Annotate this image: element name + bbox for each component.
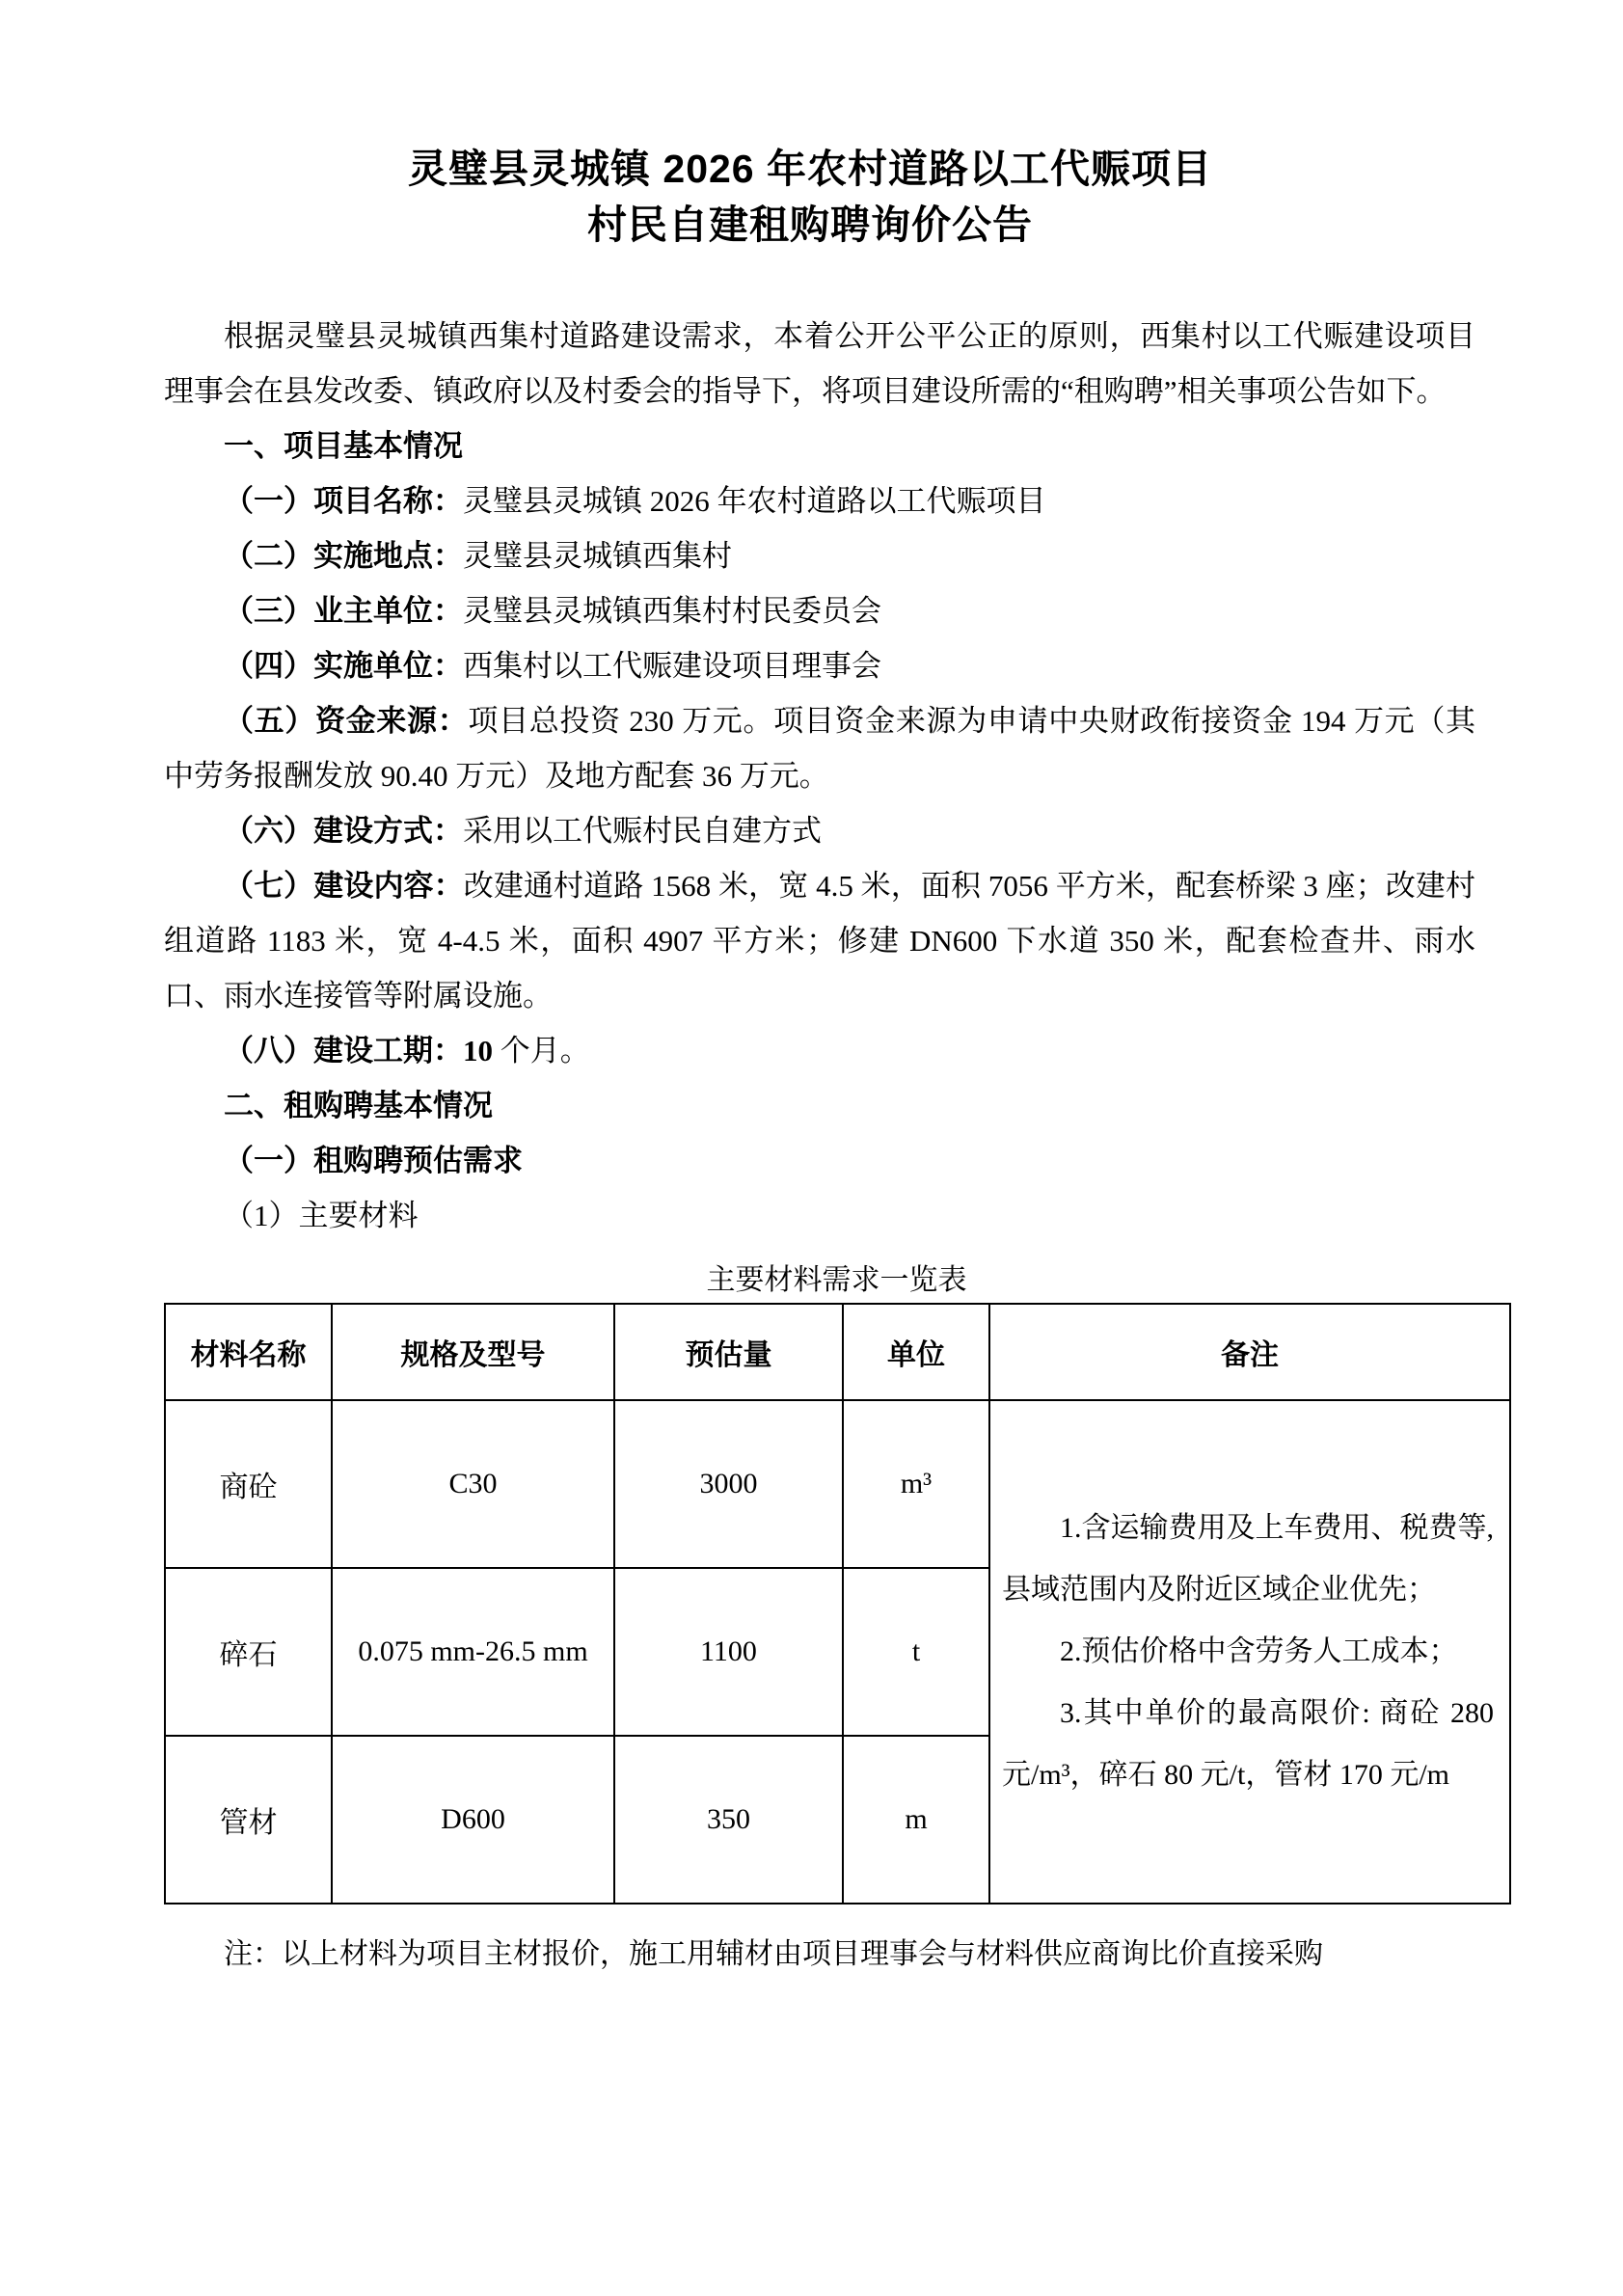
column-header-material-name: 材料名称 (165, 1304, 332, 1400)
column-header-remarks: 备注 (989, 1304, 1510, 1400)
item-content: 灵璧县灵城镇 2026 年农村道路以工代赈项目 (463, 484, 1046, 518)
cell-unit: m³ (843, 1400, 989, 1568)
cell-unit: t (843, 1568, 989, 1736)
item-label: （八）建设工期： (224, 1034, 463, 1067)
list-item-project-name: （一）项目名称：灵璧县灵城镇 2026 年农村道路以工代赈项目 (164, 473, 1475, 528)
cell-material-name: 商砼 (165, 1400, 332, 1568)
section1-heading: 一、项目基本情况 (164, 419, 1475, 473)
list-item-implementing-unit: （四）实施单位：西集村以工代赈建设项目理事会 (164, 638, 1475, 693)
cell-spec: C30 (332, 1400, 614, 1568)
list-item-construction-period: （八）建设工期：10 个月。 (164, 1023, 1475, 1078)
remarks-item-1: 1.含运输费用及上车费用、税费等,县域范围内及附近区域企业优先； (1002, 1498, 1494, 1621)
cell-spec: 0.075 mm-26.5 mm (332, 1568, 614, 1736)
cell-unit: m (843, 1736, 989, 1904)
remarks-item-3: 3.其中单价的最高限价: 商砼 280 元/m³，碎石 80 元/t，管材 17… (1002, 1683, 1494, 1806)
column-header-spec-model: 规格及型号 (332, 1304, 614, 1400)
document-title: 灵璧县灵城镇 2026 年农村道路以工代赈项目 村民自建租购聘询价公告 (164, 141, 1456, 253)
table-header-row: 材料名称 规格及型号 预估量 单位 备注 (165, 1304, 1510, 1400)
list-item-location: （二）实施地点：灵璧县灵城镇西集村 (164, 528, 1475, 583)
cell-qty: 1100 (614, 1568, 843, 1736)
item-content: 灵璧县灵城镇西集村村民委员会 (463, 594, 881, 628)
item-label: （三）业主单位： (224, 594, 463, 628)
item-label: （四）实施单位： (224, 649, 463, 683)
document-page: { "page": { "title_line1": "灵璧县灵城镇 2026 … (0, 0, 1623, 2296)
materials-table: 材料名称 规格及型号 预估量 单位 备注 商砼 C30 3000 m³ 1.含运… (164, 1303, 1511, 1904)
section2-heading: 二、租购聘基本情况 (164, 1078, 1475, 1133)
list-item-construction-method: （六）建设方式：采用以工代赈村民自建方式 (164, 803, 1475, 858)
remarks-item-2: 2.预估价格中含劳务人工成本； (1002, 1621, 1494, 1683)
cell-qty: 350 (614, 1736, 843, 1904)
cell-spec: D600 (332, 1736, 614, 1904)
cell-qty: 3000 (614, 1400, 843, 1568)
column-header-unit: 单位 (843, 1304, 989, 1400)
item-label: （二）实施地点： (224, 539, 463, 573)
item-content: 西集村以工代赈建设项目理事会 (463, 649, 881, 683)
list-item-funding-source: （五）资金来源：项目总投资 230 万元。项目资金来源为申请中央财政衔接资金 1… (164, 693, 1475, 803)
item-label: （五）资金来源： (224, 704, 468, 738)
cell-material-name: 管材 (165, 1736, 332, 1904)
intro-paragraph: 根据灵璧县灵城镇西集村道路建设需求，本着公开公平公正的原则，西集村以工代赈建设项… (164, 309, 1475, 419)
column-header-estimated-qty: 预估量 (614, 1304, 843, 1400)
item-content: 个月。 (493, 1034, 590, 1067)
item-content: 灵璧县灵城镇西集村 (463, 539, 732, 573)
item-label: （六）建设方式： (224, 814, 463, 848)
document-body: 灵璧县灵城镇 2026 年农村道路以工代赈项目 村民自建租购聘询价公告 根据灵璧… (0, 0, 1509, 1980)
item-label: （七）建设内容： (224, 869, 464, 903)
table-row: 商砼 C30 3000 m³ 1.含运输费用及上车费用、税费等,县域范围内及附近… (165, 1400, 1510, 1568)
list-item-construction-content: （七）建设内容：改建通村道路 1568 米，宽 4.5 米，面积 7056 平方… (164, 858, 1475, 1023)
document-text: 根据灵璧县灵城镇西集村道路建设需求，本着公开公平公正的原则，西集村以工代赈建设项… (164, 309, 1475, 1243)
list-item-owner-unit: （三）业主单位：灵璧县灵城镇西集村村民委员会 (164, 583, 1475, 638)
section2-sub-heading: （一）租购聘预估需求 (164, 1133, 1475, 1188)
item-strong-value: 10 (463, 1034, 493, 1067)
cell-remarks: 1.含运输费用及上车费用、税费等,县域范围内及附近区域企业优先； 2.预估价格中… (989, 1400, 1510, 1904)
section2-sub-item: （1）主要材料 (164, 1188, 1475, 1243)
item-label: （一）项目名称： (224, 484, 463, 518)
cell-material-name: 碎石 (165, 1568, 332, 1736)
item-content: 采用以工代赈村民自建方式 (463, 814, 822, 848)
page-title-line-2: 村民自建租购聘询价公告 (164, 197, 1456, 253)
table-caption: 主要材料需求一览表 (164, 1258, 1509, 1303)
footnote: 注：以上材料为项目主材报价，施工用辅材由项目理事会与材料供应商询比价直接采购 (164, 1930, 1509, 1980)
page-title-line-1: 灵璧县灵城镇 2026 年农村道路以工代赈项目 (164, 141, 1456, 197)
